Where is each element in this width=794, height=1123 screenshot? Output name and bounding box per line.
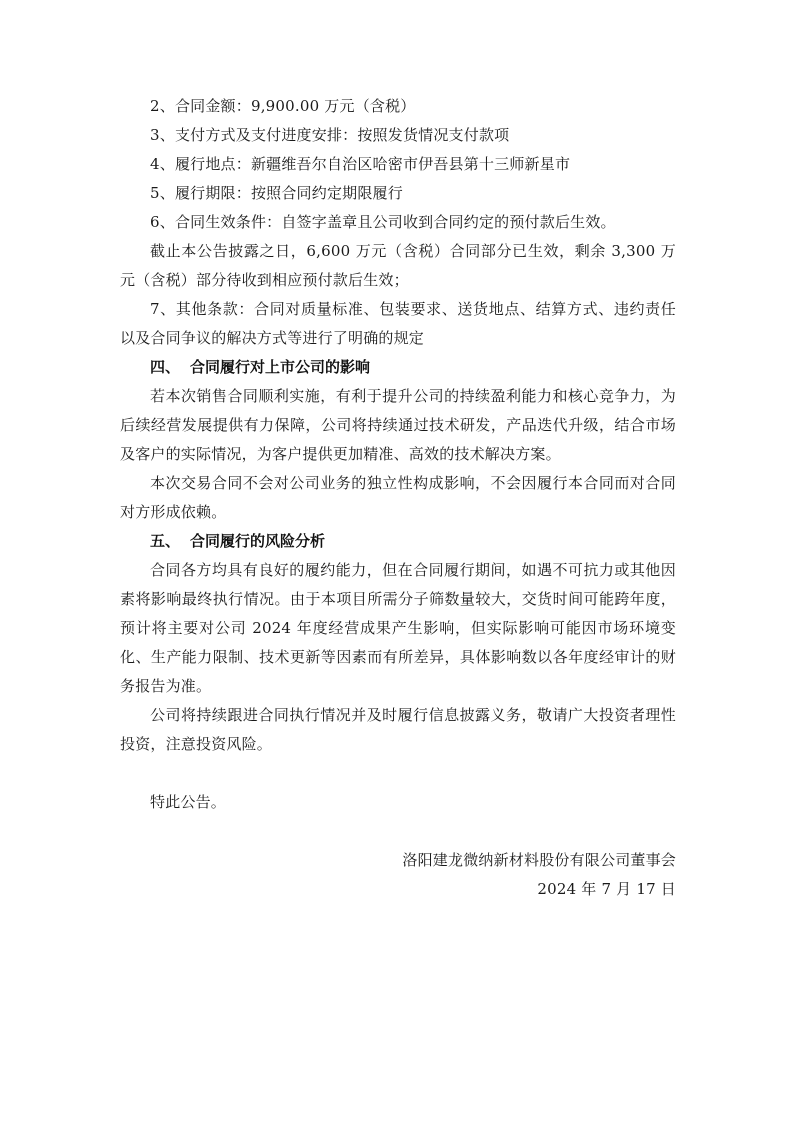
payment-method-item: 3、支付方式及支付进度安排：按照发货情况支付款项 xyxy=(120,121,676,150)
effective-condition-item: 6、合同生效条件：自签字盖章且公司收到合同约定的预付款后生效。 xyxy=(120,208,676,237)
section-5-paragraph: 合同各方均具有良好的履约能力，但在合同履行期间，如遇不可抗力或其他因素将影响最终… xyxy=(120,556,676,701)
section-4-title: 合同履行对上市公司的影响 xyxy=(190,358,370,376)
section-5-title: 合同履行的风险分析 xyxy=(190,532,325,550)
spacer xyxy=(120,759,676,788)
document-page: 2、合同金额：9,900.00 万元（含税） 3、支付方式及支付进度安排：按照发… xyxy=(120,92,676,904)
section-5-heading: 五、合同履行的风险分析 xyxy=(120,527,676,556)
performance-location-item: 4、履行地点：新疆维吾尔自治区哈密市伊吾县第十三师新星市 xyxy=(120,150,676,179)
section-4-number: 四、 xyxy=(150,353,190,382)
section-5-paragraph: 公司将持续跟进合同执行情况并及时履行信息披露义务，敬请广大投资者理性投资，注意投… xyxy=(120,701,676,759)
spacer xyxy=(120,817,676,846)
section-4-paragraph: 本次交易合同不会对公司业务的独立性构成影响，不会因履行本合同而对合同对方形成依赖… xyxy=(120,469,676,527)
signature-company: 洛阳建龙微纳新材料股份有限公司董事会 xyxy=(120,846,676,875)
section-4-paragraph: 若本次销售合同顺利实施，有利于提升公司的持续盈利能力和核心竞争力，为后续经营发展… xyxy=(120,382,676,469)
closing-statement: 特此公告。 xyxy=(120,788,676,817)
effective-status-paragraph: 截止本公告披露之日，6,600 万元（含税）合同部分已生效，剩余 3,300 万… xyxy=(120,237,676,295)
section-4-heading: 四、合同履行对上市公司的影响 xyxy=(120,353,676,382)
other-terms-item: 7、其他条款：合同对质量标准、包装要求、送货地点、结算方式、违约责任以及合同争议… xyxy=(120,295,676,353)
contract-amount-item: 2、合同金额：9,900.00 万元（含税） xyxy=(120,92,676,121)
signature-date: 2024 年 7 月 17 日 xyxy=(120,875,676,904)
section-5-number: 五、 xyxy=(150,527,190,556)
performance-term-item: 5、履行期限：按照合同约定期限履行 xyxy=(120,179,676,208)
